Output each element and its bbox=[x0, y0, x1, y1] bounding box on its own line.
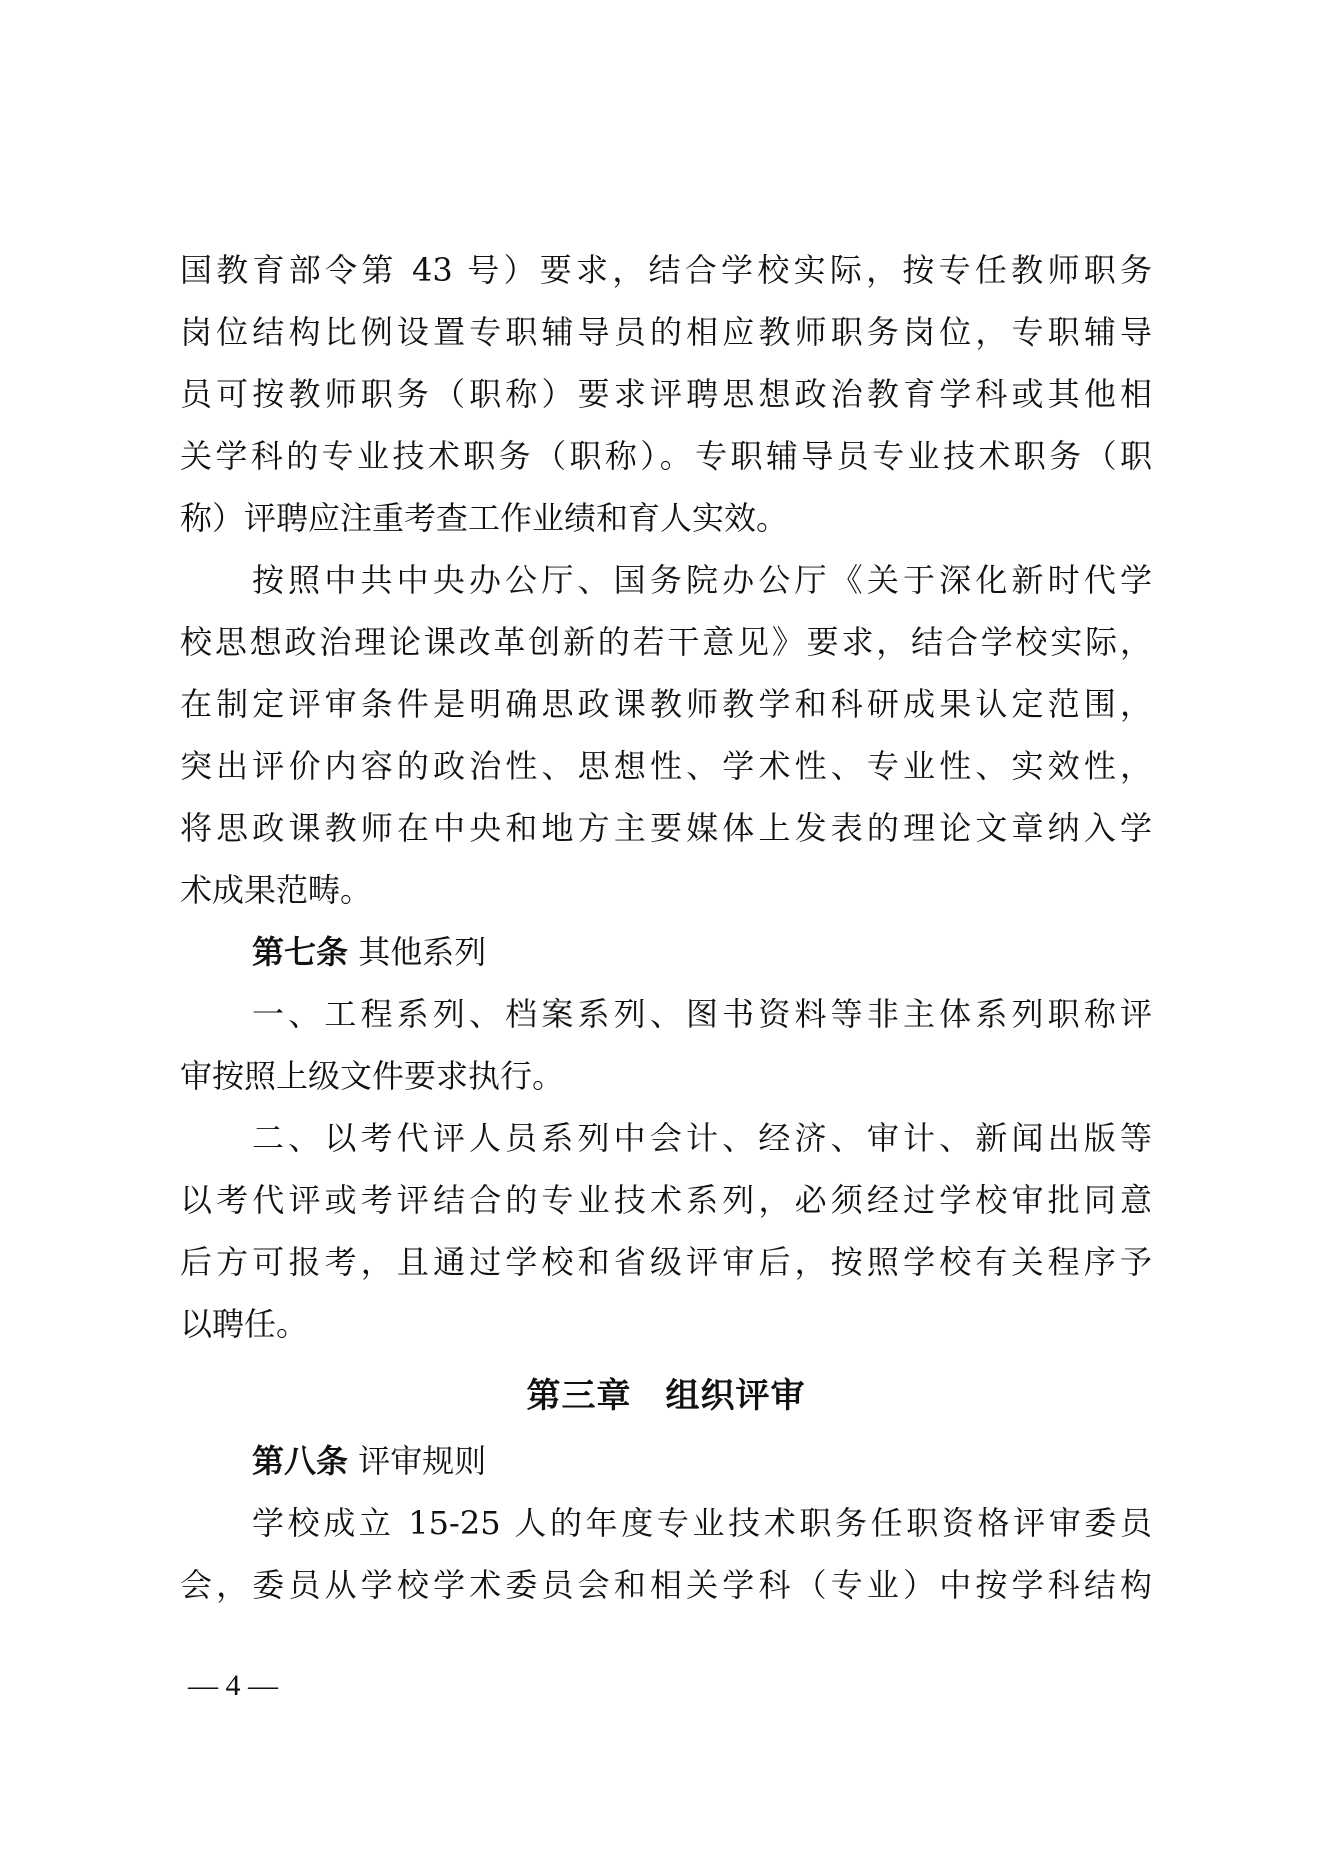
chapter-title: 组织评审 bbox=[666, 1376, 806, 1416]
article-label: 第七条 bbox=[252, 933, 348, 971]
paragraph-line: 校思想政治理论课改革创新的若干意见》要求，结合学校实际， bbox=[180, 611, 1152, 673]
paragraph-line: 在制定评审条件是明确思政课教师教学和科研成果认定范围， bbox=[180, 673, 1152, 735]
chapter-number: 第三章 bbox=[527, 1376, 632, 1416]
paragraph-line: 以考代评或考评结合的专业技术系列，必须经过学校审批同意 bbox=[180, 1169, 1152, 1231]
page-number: — 4 — bbox=[188, 1666, 278, 1706]
paragraph-line: 称）评聘应注重考查工作业绩和育人实效。 bbox=[180, 487, 1152, 549]
paragraph-line: 二、以考代评人员系列中会计、经济、审计、新闻出版等 bbox=[180, 1107, 1152, 1169]
paragraph-line: 学校成立 15-25 人的年度专业技术职务任职资格评审委员 bbox=[180, 1492, 1152, 1554]
paragraph-line: 一、工程系列、档案系列、图书资料等非主体系列职称评 bbox=[180, 983, 1152, 1045]
paragraph-line: 突出评价内容的政治性、思想性、学术性、专业性、实效性， bbox=[180, 735, 1152, 797]
chapter-heading: 第三章组织评审 bbox=[180, 1365, 1152, 1427]
paragraph-line: 会，委员从学校学术委员会和相关学科（专业）中按学科结构 bbox=[180, 1554, 1152, 1616]
article-label: 第八条 bbox=[252, 1442, 348, 1480]
paragraph-line: 国教育部令第 43 号）要求，结合学校实际，按专任教师职务 bbox=[180, 239, 1152, 301]
paragraph-line: 岗位结构比例设置专职辅导员的相应教师职务岗位，专职辅导 bbox=[180, 301, 1152, 363]
article-title: 其他系列 bbox=[358, 933, 486, 971]
paragraph-line: 按照中共中央办公厅、国务院办公厅《关于深化新时代学 bbox=[180, 549, 1152, 611]
paragraph-line: 术成果范畴。 bbox=[180, 859, 1152, 921]
paragraph-line: 审按照上级文件要求执行。 bbox=[180, 1045, 1152, 1107]
paragraph-line: 将思政课教师在中央和地方主要媒体上发表的理论文章纳入学 bbox=[180, 797, 1152, 859]
paragraph-line: 员可按教师职务（职称）要求评聘思想政治教育学科或其他相 bbox=[180, 363, 1152, 425]
article-heading: 第七条 其他系列 bbox=[180, 921, 1152, 983]
article-heading: 第八条 评审规则 bbox=[180, 1430, 1152, 1492]
paragraph-line: 后方可报考，且通过学校和省级评审后，按照学校有关程序予 bbox=[180, 1231, 1152, 1293]
paragraph-line: 以聘任。 bbox=[180, 1293, 1152, 1355]
article-title: 评审规则 bbox=[358, 1442, 486, 1480]
paragraph-line: 关学科的专业技术职务（职称）。专职辅导员专业技术职务（职 bbox=[180, 425, 1152, 487]
